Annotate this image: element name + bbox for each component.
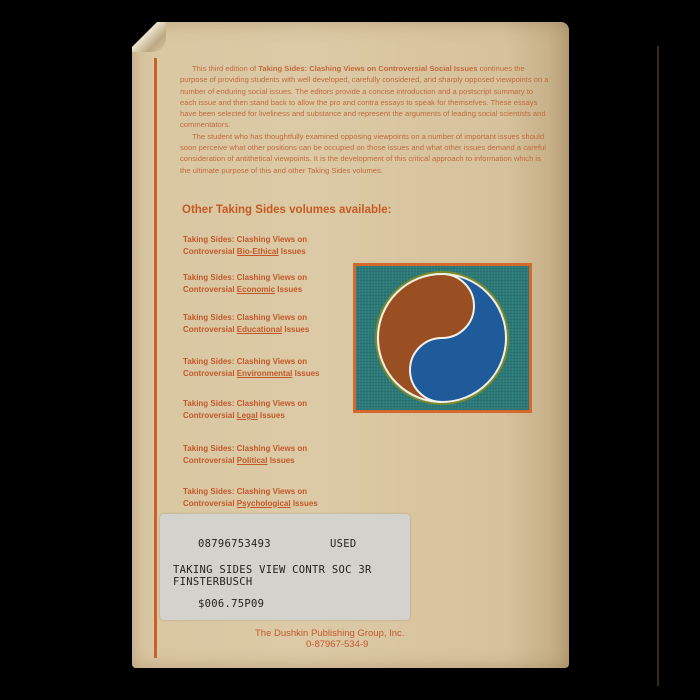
yin-yang-artwork [353, 263, 532, 413]
isbn: 0-87967-534-9 [306, 639, 368, 650]
vertical-orange-rule [154, 58, 157, 658]
volume-political: Taking Sides: Clashing Views on Controve… [183, 443, 307, 466]
sticker-author-line: FINSTERBUSCH [173, 576, 252, 588]
intro-paragraph-1: This third edition of Taking Sides: Clas… [180, 63, 550, 131]
yin-yang-icon [356, 266, 529, 410]
volume-environmental: Taking Sides: Clashing Views on Controve… [183, 356, 320, 379]
volume-educational: Taking Sides: Clashing Views on Controve… [183, 312, 309, 335]
intro-paragraph-2: The student who has thoughtfully examine… [180, 131, 550, 176]
sticker-price: $006.75P09 [198, 598, 264, 610]
publisher-name: The Dushkin Publishing Group, Inc. [255, 628, 404, 639]
sticker-title-line: TAKING SIDES VIEW CONTR SOC 3R [173, 564, 372, 576]
volume-bio-ethical: Taking Sides: Clashing Views on Controve… [183, 234, 307, 257]
other-volumes-heading: Other Taking Sides volumes available: [182, 204, 391, 216]
volume-psychological: Taking Sides: Clashing Views on Controve… [183, 486, 318, 509]
volume-economic: Taking Sides: Clashing Views on Controve… [183, 272, 307, 295]
book-title-inline: Taking Sides: Clashing Views on Controve… [258, 64, 477, 73]
cover-crease [657, 46, 659, 686]
intro-text: This third edition of Taking Sides: Clas… [180, 63, 550, 176]
worn-corner [132, 22, 166, 52]
volume-legal: Taking Sides: Clashing Views on Controve… [183, 398, 307, 421]
sticker-barcode-number: 08796753493 [198, 538, 271, 550]
sticker-condition: USED [330, 538, 357, 550]
price-sticker: 08796753493 USED TAKING SIDES VIEW CONTR… [160, 514, 410, 620]
